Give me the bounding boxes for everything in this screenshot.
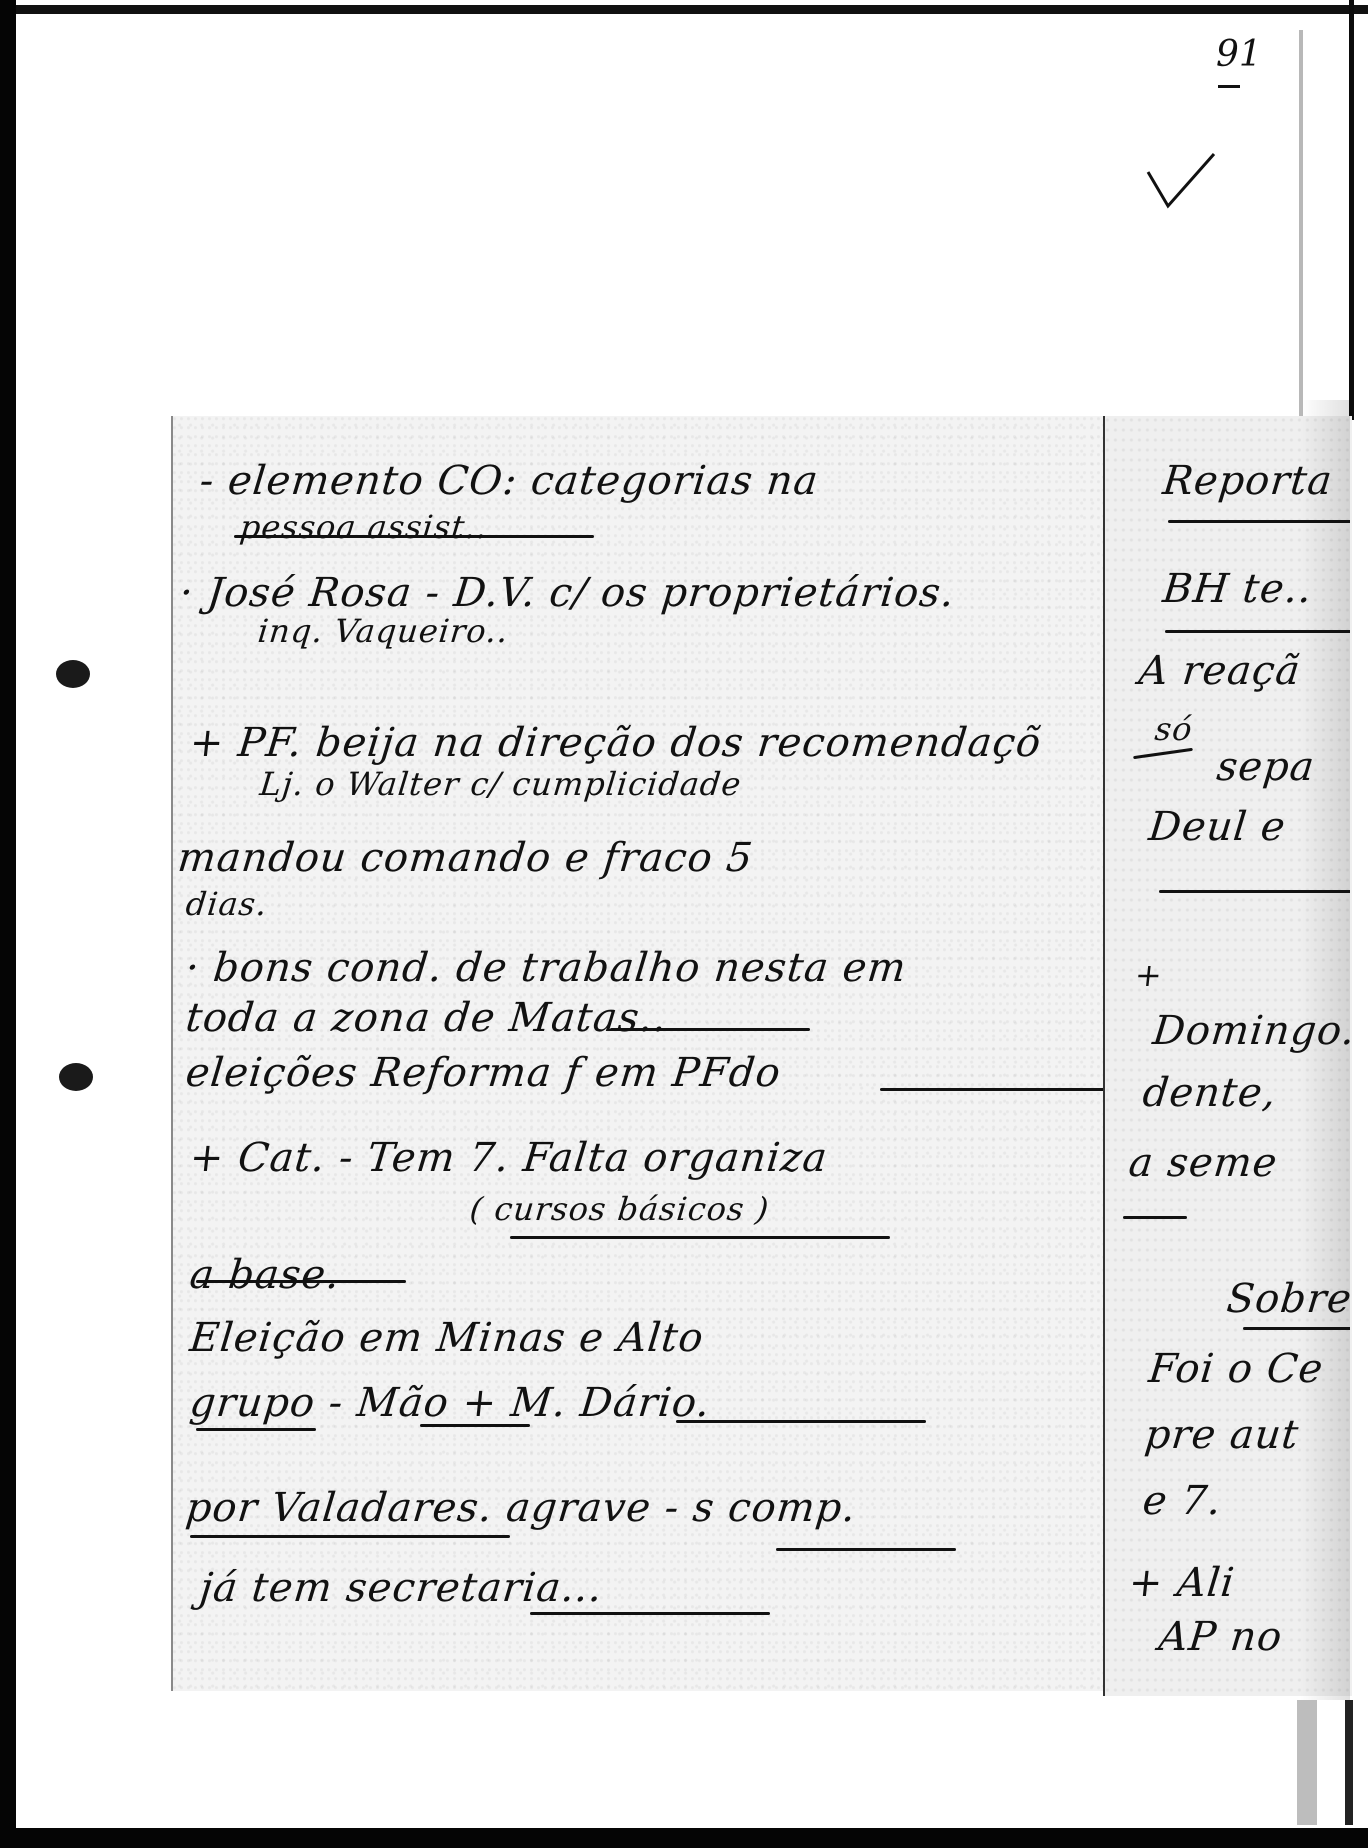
checkmark-icon — [1146, 150, 1216, 210]
underline — [420, 1424, 530, 1427]
note-line: - elemento CO: categorias na — [198, 458, 821, 504]
note-line: Foi o Ce — [1147, 1346, 1326, 1392]
note-line: toda a zona de Matas.. — [184, 995, 670, 1041]
underline — [880, 1088, 1112, 1091]
note-line: sepa — [1215, 744, 1317, 790]
scan-frame-right-bottom — [1345, 1700, 1353, 1825]
underline — [1168, 520, 1350, 523]
scan-frame-top — [0, 5, 1368, 14]
note-line: A reaçã — [1137, 648, 1303, 694]
underline — [510, 1236, 890, 1239]
underline — [676, 1420, 926, 1423]
note-line: Reporta — [1161, 458, 1335, 504]
page-number: 91 — [1216, 34, 1262, 75]
underline — [530, 1612, 770, 1615]
scan-frame-bottom — [0, 1828, 1368, 1848]
note-line: + PF. beija na direção dos recomendaçõ — [188, 720, 1044, 766]
note-line: + Cat. - Tem 7. Falta organiza — [188, 1135, 830, 1181]
page-number-underline — [1218, 85, 1240, 88]
note-line: pre aut — [1143, 1412, 1302, 1458]
scan-frame-right-inner — [1299, 30, 1303, 420]
note-line: eleições Reforma f em PFdo — [184, 1050, 784, 1096]
punch-hole-top — [56, 660, 90, 688]
note-line: Eleição em Minas e Alto — [188, 1315, 706, 1361]
underline — [196, 1280, 406, 1283]
note-line: AP no — [1157, 1614, 1285, 1660]
scan-frame-right — [1349, 0, 1354, 420]
note-line: · José Rosa - D.V. c/ os proprietários. — [178, 570, 958, 616]
note-line: pessoa assist.. — [238, 508, 490, 546]
underline — [1123, 1216, 1187, 1219]
underline — [1243, 1327, 1350, 1330]
punch-hole-bottom — [59, 1063, 93, 1091]
note-line: Domingo. — [1151, 1008, 1350, 1054]
underline — [234, 535, 594, 538]
underline — [776, 1548, 956, 1551]
note-line: grupo - Mão + M. Dário. — [188, 1380, 713, 1426]
scan-frame-right-bottom-gray — [1297, 1700, 1317, 1825]
note-line: ( cursos básicos ) — [468, 1190, 771, 1228]
note-line: Lj. o Walter c/ cumplicidade — [258, 765, 743, 803]
note-line: + Ali — [1127, 1560, 1238, 1606]
note-line: dias. — [184, 885, 269, 923]
note-line: a base. — [188, 1252, 343, 1298]
note-line: + — [1133, 956, 1165, 994]
scan-frame-left — [0, 0, 16, 1848]
underline — [610, 1028, 810, 1031]
adjacent-sheet-content: Reporta BH te.. A reaçã só sepa Deul e +… — [1103, 416, 1350, 1696]
underline — [1133, 748, 1193, 759]
note-line: dente, — [1141, 1070, 1279, 1116]
note-line: Deul e — [1147, 804, 1289, 850]
note-line: mandou comando e fraco 5 — [176, 835, 756, 881]
note-line: por Valadares. agrave - s comp. — [184, 1485, 859, 1531]
note-line: e 7. — [1141, 1478, 1224, 1524]
note-line: já tem secretaria... — [198, 1565, 605, 1611]
note-line: só — [1153, 710, 1195, 748]
note-line: a seme — [1127, 1140, 1280, 1186]
underline — [190, 1535, 510, 1538]
note-line: inq. Vaqueiro.. — [256, 612, 511, 650]
underline — [1159, 890, 1350, 893]
underline — [1165, 630, 1350, 633]
note-line: · bons cond. de trabalho nesta em — [184, 945, 909, 991]
note-line: BH te.. — [1161, 566, 1315, 612]
underline — [196, 1428, 316, 1431]
note-line: Sobre — [1225, 1276, 1350, 1322]
